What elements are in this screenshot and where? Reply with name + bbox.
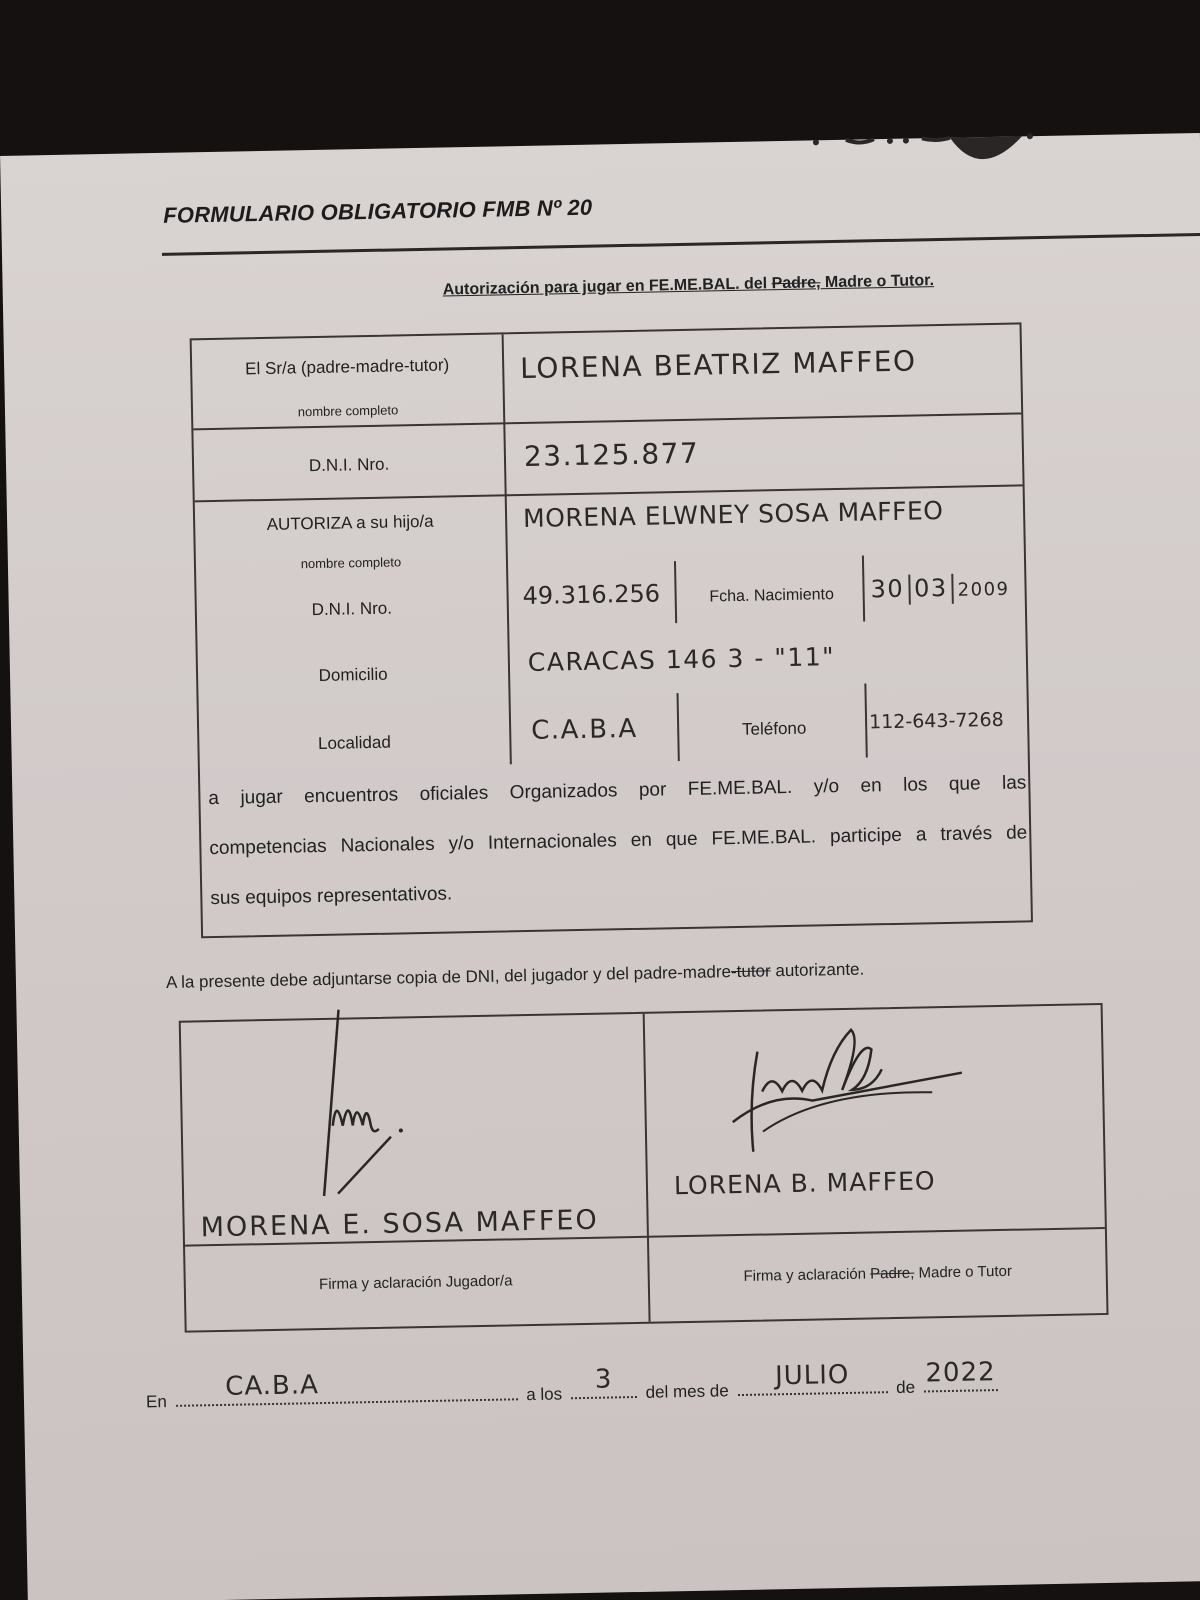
guardian-name-field[interactable]: Lorena Beatriz Maffeo — [520, 344, 917, 385]
title-rule — [162, 233, 1200, 256]
authorizes-label: AUTORIZA a su hijo/a — [195, 510, 505, 536]
year-field[interactable]: 2022 — [924, 1371, 998, 1392]
subtitle-suffix: Madre o Tutor. — [820, 272, 934, 291]
year-label: de — [896, 1378, 915, 1397]
form-title: FORMULARIO OBLIGATORIO FMB Nº 20 — [163, 195, 593, 229]
guardian-label: El Sr/a (padre-madre-tutor) — [192, 354, 502, 380]
en-label: En — [146, 1392, 167, 1411]
guardian-printed-name: LORENA B. MAFFEO — [674, 1166, 936, 1200]
cell-divider — [864, 683, 867, 757]
guardian-signature-icon[interactable] — [701, 1007, 1004, 1163]
cell-divider — [674, 561, 677, 623]
column-divider — [502, 334, 512, 764]
attachment-note: A la presente debe adjuntarse copia de D… — [166, 960, 865, 993]
locality-field[interactable]: C.A.B.A — [531, 714, 638, 746]
subtitle-struck: Padre, — [771, 274, 820, 292]
authorization-paragraph: a jugar encuentros oficiales Organizados… — [208, 758, 1029, 924]
child-dni-label: D.N.I. Nro. — [197, 596, 507, 622]
cell-divider — [677, 693, 680, 761]
guardian-signature-caption: Firma y aclaración Padre, Madre o Tutor — [648, 1261, 1108, 1287]
authorizes-sublabel: nombre completo — [196, 552, 506, 573]
guardian-sublabel: nombre completo — [193, 400, 503, 421]
player-signature-icon[interactable] — [280, 1003, 484, 1207]
child-dni-field[interactable]: 49.316.256 — [522, 579, 660, 610]
month-label: del mes de — [645, 1381, 729, 1402]
guardian-dni-field[interactable]: 23.125.877 — [524, 437, 700, 473]
birthdate-field[interactable]: 30032009 — [870, 573, 1009, 606]
address-field[interactable]: Caracas 146 3 - "11" — [528, 642, 836, 677]
signature-table: MORENA E. SOSA MAFFEO LORENA B. MAFFEO F… — [179, 1003, 1109, 1333]
place-date-line: En CA.B.A a los 3 del mes de Julio de 20… — [146, 1371, 1002, 1412]
guardian-dni-label: D.N.I. Nro. — [194, 452, 504, 478]
subtitle-prefix: Autorización para jugar en FE.ME.BAL. de… — [443, 275, 772, 298]
player-signature-caption: Firma y aclaración Jugador/a — [186, 1270, 646, 1296]
address-label: Domicilio — [198, 662, 508, 688]
month-field[interactable]: Julio — [737, 1373, 887, 1396]
birthdate-label: Fcha. Nacimiento — [682, 586, 862, 607]
form-subtitle: Autorización para jugar en FE.ME.BAL. de… — [443, 272, 935, 299]
phone-field[interactable]: 112-643-7268 — [869, 709, 1004, 734]
form-sheet: FORMULARIO OBLIGATORIO FMB Nº 20 Autoriz… — [0, 133, 1200, 1600]
logo-fragment-icon — [810, 132, 1051, 177]
locality-label: Localidad — [199, 730, 509, 756]
cell-divider — [862, 555, 865, 621]
child-name-field[interactable]: Morena Elwney Sosa Maffeo — [523, 496, 944, 533]
place-field[interactable]: CA.B.A — [175, 1380, 517, 1407]
authorization-table: El Sr/a (padre-madre-tutor) nombre compl… — [190, 322, 1033, 938]
phone-label: Teléfono — [685, 718, 863, 741]
day-field[interactable]: 3 — [571, 1378, 637, 1399]
